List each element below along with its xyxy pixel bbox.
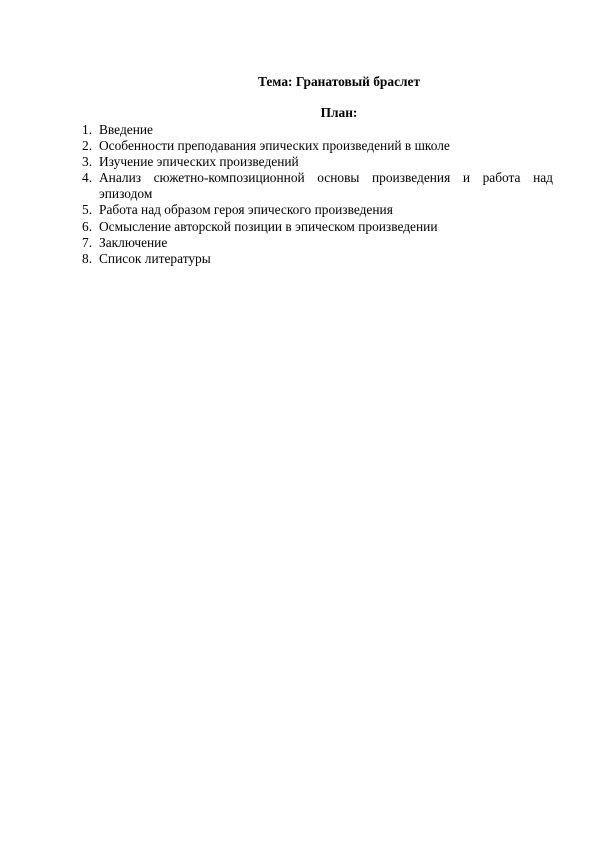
plan-item: 7. Заключение <box>82 235 553 251</box>
document-title: Тема: Гранатовый браслет <box>0 74 596 90</box>
plan-item-number: 3. <box>82 154 99 170</box>
plan-item-text: Заключение <box>99 235 553 251</box>
document-page: Тема: Гранатовый браслет План: 1. Введен… <box>0 0 596 842</box>
plan-item: 4. Анализ сюжетно-композиционной основы … <box>82 170 553 202</box>
plan-item-text: Изучение эпических произведений <box>99 154 553 170</box>
plan-item-number: 2. <box>82 138 99 154</box>
plan-item-text: Анализ сюжетно-композиционной основы про… <box>99 170 553 202</box>
plan-item: 6. Осмысление авторской позиции в эпичес… <box>82 219 553 235</box>
plan-item-text: Особенности преподавания эпических произ… <box>99 138 553 154</box>
plan-item-number: 4. <box>82 170 99 186</box>
plan-item-number: 8. <box>82 251 99 267</box>
plan-item: 2. Особенности преподавания эпических пр… <box>82 138 553 154</box>
plan-item-text: Осмысление авторской позиции в эпическом… <box>99 219 553 235</box>
plan-item-number: 6. <box>82 219 99 235</box>
plan-item: 3. Изучение эпических произведений <box>82 154 553 170</box>
plan-item-number: 5. <box>82 202 99 218</box>
plan-item-number: 7. <box>82 235 99 251</box>
plan-item-number: 1. <box>82 122 99 138</box>
plan-item: 8. Список литературы <box>82 251 553 267</box>
plan-item: 5. Работа над образом героя эпического п… <box>82 202 553 218</box>
plan-item-text: Список литературы <box>99 251 553 267</box>
plan-list: 1. Введение 2. Особенности преподавания … <box>82 122 553 267</box>
plan-item-text: Введение <box>99 122 553 138</box>
plan-item-text: Работа над образом героя эпического прои… <box>99 202 553 218</box>
plan-item: 1. Введение <box>82 122 553 138</box>
plan-heading: План: <box>0 105 596 121</box>
